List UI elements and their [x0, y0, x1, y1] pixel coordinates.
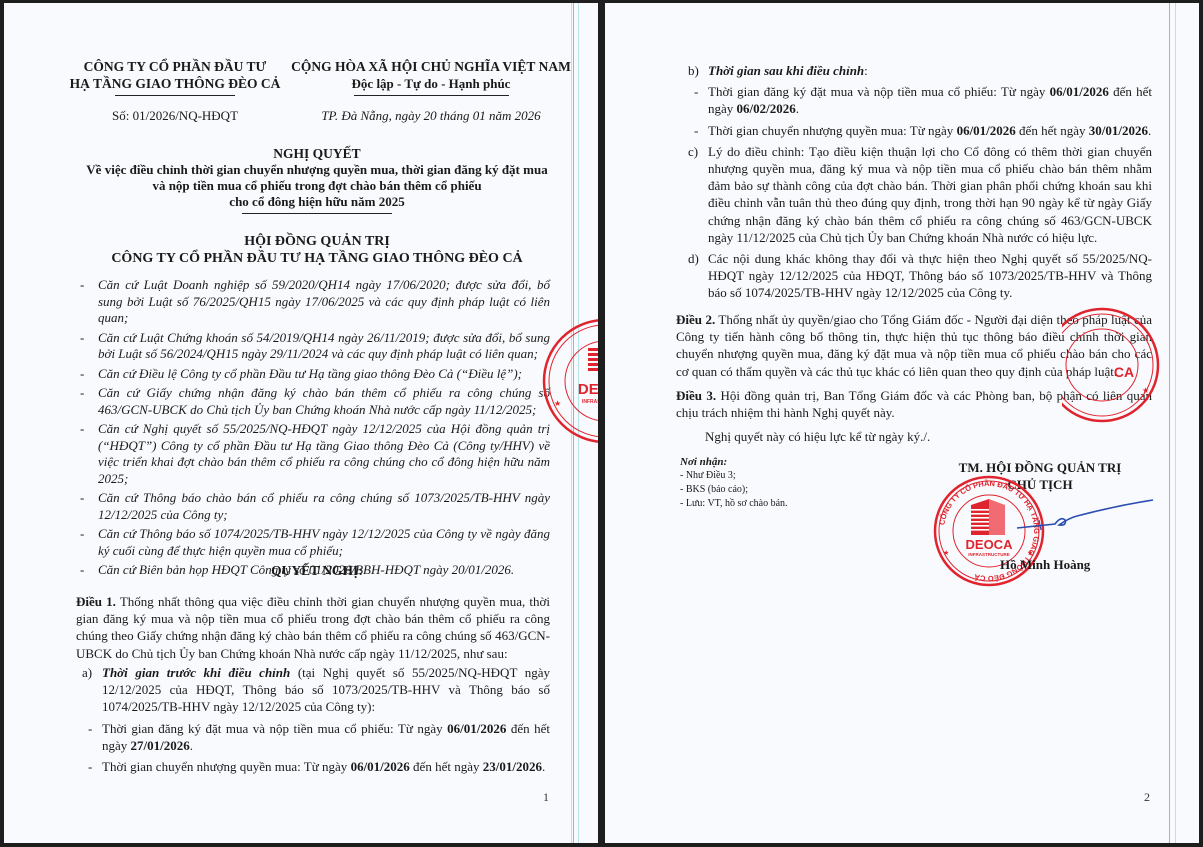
page-number-2: 2 [1144, 790, 1150, 805]
title-subject-line1: Về việc điều chỉnh thời gian chuyển nhượ… [60, 162, 574, 178]
period-end: . [1148, 123, 1151, 138]
title-rule [242, 213, 392, 214]
place-date: TP. Đà Nẵng, ngày 20 tháng 01 năm 2026 [286, 108, 576, 124]
margin-guide [571, 3, 572, 843]
period-end: . [190, 738, 193, 753]
old-subscription-to: 27/01/2026 [131, 738, 190, 753]
company-name-line1: CÔNG TY CỔ PHẦN ĐẦU TƯ [60, 58, 290, 75]
effective-clause: Nghị quyết này có hiệu lực kể từ ngày ký… [705, 428, 930, 445]
old-subscription-from: 06/01/2026 [447, 721, 506, 736]
article-3: Điều 3. Hội đồng quản trị, Ban Tổng Giám… [676, 387, 1152, 421]
new-transfer-to: 30/01/2026 [1089, 123, 1148, 138]
document-number: Số: 01/2026/NQ-HĐQT [60, 108, 290, 124]
item-c-text: Lý do điều chỉnh: Tạo điều kiện thuận lợ… [708, 144, 1152, 245]
period-label: Thời gian chuyển nhượng quyền mua: Từ ng… [708, 123, 957, 138]
legal-basis-item: Căn cứ Nghị quyết số 55/2025/NQ-HĐQT ngà… [76, 421, 550, 487]
recipients-block: Nơi nhận: - Như Điều 3; - BKS (báo cáo);… [680, 455, 788, 511]
company-name-line2: HẠ TẦNG GIAO THÔNG ĐÈO CẢ [60, 75, 290, 92]
issuing-body: HỘI ĐỒNG QUẢN TRỊ CÔNG TY CỔ PHẦN ĐẦU TƯ… [60, 233, 574, 267]
svg-text:★: ★ [1027, 549, 1033, 557]
item-b-after-adjustment: b) Thời gian sau khi điều chỉnh: Thời gi… [682, 62, 1152, 302]
legal-basis-item: Căn cứ Giấy chứng nhận đăng ký chào bán … [76, 385, 550, 418]
title-main: NGHỊ QUYẾT [60, 146, 574, 162]
period-connector: đến hết ngày [410, 759, 483, 774]
item-d-text: Các nội dung khác không thay đổi và thực… [708, 251, 1152, 300]
period-end: . [542, 759, 545, 774]
period-connector: đến hết ngày [1016, 123, 1089, 138]
new-subscription-from: 06/01/2026 [1050, 84, 1109, 99]
recipient-item: - BKS (báo cáo); [680, 483, 788, 497]
period-label: Thời gian chuyển nhượng quyền mua: Từ ng… [102, 759, 351, 774]
margin-guide [1175, 3, 1176, 843]
national-header: CỘNG HÒA XÃ HỘI CHỦ NGHĨA VIỆT NAM Độc l… [286, 58, 576, 96]
item-a-heading: Thời gian trước khi điều chỉnh [102, 665, 290, 680]
resolution-title: NGHỊ QUYẾT Về việc điều chỉnh thời gian … [60, 146, 574, 214]
title-subject-line2: và nộp tiền mua cổ phiếu trong đợt chào … [60, 178, 574, 194]
article-1-text: Thống nhất thông qua việc điều chỉnh thờ… [76, 594, 550, 661]
recipient-item: - Lưu: VT, hồ sơ chào bán. [680, 497, 788, 511]
old-transfer-period: Thời gian chuyển nhượng quyền mua: Từ ng… [76, 758, 550, 775]
period-label: Thời gian đăng ký đặt mua và nộp tiền mu… [708, 84, 1050, 99]
period-end: . [796, 101, 799, 116]
item-c-label: c) [688, 143, 698, 160]
board-name: HỘI ĐỒNG QUẢN TRỊ [60, 233, 574, 250]
legal-basis-item: Căn cứ Luật Chứng khoán số 54/2019/QH14 … [76, 330, 550, 363]
header-rule [115, 95, 235, 96]
item-d-other: d) Các nội dung khác không thay đổi và t… [682, 250, 1152, 302]
legal-basis-item: Căn cứ Thông báo số 1074/2025/TB-HHV ngà… [76, 526, 550, 559]
article-3-text: Hội đồng quản trị, Ban Tổng Giám đốc và … [676, 388, 1152, 420]
article-1-label: Điều 1. [76, 594, 116, 609]
article-1: Điều 1. Thống nhất thông qua việc điều c… [76, 593, 550, 662]
article-3-label: Điều 3. [676, 388, 716, 403]
period-label: Thời gian đăng ký đặt mua và nộp tiền mu… [102, 721, 447, 736]
new-transfer-from: 06/01/2026 [957, 123, 1016, 138]
signatory-title: TM. HỘI ĐỒNG QUẢN TRỊ [950, 459, 1130, 476]
title-subject-line3: cho cổ đông hiện hữu năm 2025 [60, 194, 574, 210]
item-a-before-adjustment: a) Thời gian trước khi điều chỉnh (tại N… [76, 664, 550, 775]
seal-brand: DEOCA [966, 537, 1014, 552]
recipient-item: - Như Điều 3; [680, 469, 788, 483]
item-b-colon: : [864, 63, 868, 78]
national-motto: Độc lập - Tự do - Hạnh phúc [286, 75, 576, 92]
new-subscription-period: Thời gian đăng ký đặt mua và nộp tiền mu… [682, 83, 1152, 117]
decision-heading: QUYẾT NGHỊ: [60, 563, 574, 579]
old-subscription-period: Thời gian đăng ký đặt mua và nộp tiền mu… [76, 720, 550, 754]
legal-bases-list: Căn cứ Luật Doanh nghiệp số 59/2020/QH14… [76, 277, 550, 582]
legal-basis-item: Căn cứ Luật Doanh nghiệp số 59/2020/QH14… [76, 277, 550, 327]
company-header: CÔNG TY CỔ PHẦN ĐẦU TƯ HẠ TẦNG GIAO THÔN… [60, 58, 290, 96]
header-rule [354, 95, 509, 96]
page-number-1: 1 [543, 790, 549, 805]
legal-basis-item: Căn cứ Thông báo chào bán cổ phiếu ra cô… [76, 490, 550, 523]
old-transfer-from: 06/01/2026 [351, 759, 410, 774]
margin-guide [573, 3, 574, 843]
margin-guide [1169, 3, 1170, 843]
board-company: CÔNG TY CỔ PHẦN ĐẦU TƯ HẠ TẦNG GIAO THÔN… [60, 250, 574, 267]
item-a-label: a) [82, 664, 92, 681]
article-2-label: Điều 2. [676, 312, 715, 327]
new-subscription-to: 06/02/2026 [737, 101, 796, 116]
article-2: Điều 2. Thống nhất ủy quyền/giao cho Tổn… [676, 311, 1152, 380]
recipients-heading: Nơi nhận: [680, 455, 788, 469]
article-2-text: Thống nhất ủy quyền/giao cho Tổng Giám đ… [676, 312, 1152, 379]
svg-text:★: ★ [943, 549, 949, 557]
item-d-label: d) [688, 250, 699, 267]
new-transfer-period: Thời gian chuyển nhượng quyền mua: Từ ng… [682, 122, 1152, 139]
item-b-heading: Thời gian sau khi điều chỉnh [708, 63, 864, 78]
signatory-name: Hồ Minh Hoàng [1000, 557, 1090, 573]
legal-basis-item: Căn cứ Điều lệ Công ty cổ phần Đầu tư Hạ… [76, 366, 550, 383]
old-transfer-to: 23/01/2026 [483, 759, 542, 774]
margin-guide [578, 3, 579, 843]
country-name: CỘNG HÒA XÃ HỘI CHỦ NGHĨA VIỆT NAM [286, 58, 576, 75]
signature-icon [1015, 498, 1155, 538]
item-c-reason: c) Lý do điều chỉnh: Tạo điều kiện thuận… [682, 143, 1152, 246]
item-b-label: b) [688, 62, 699, 79]
